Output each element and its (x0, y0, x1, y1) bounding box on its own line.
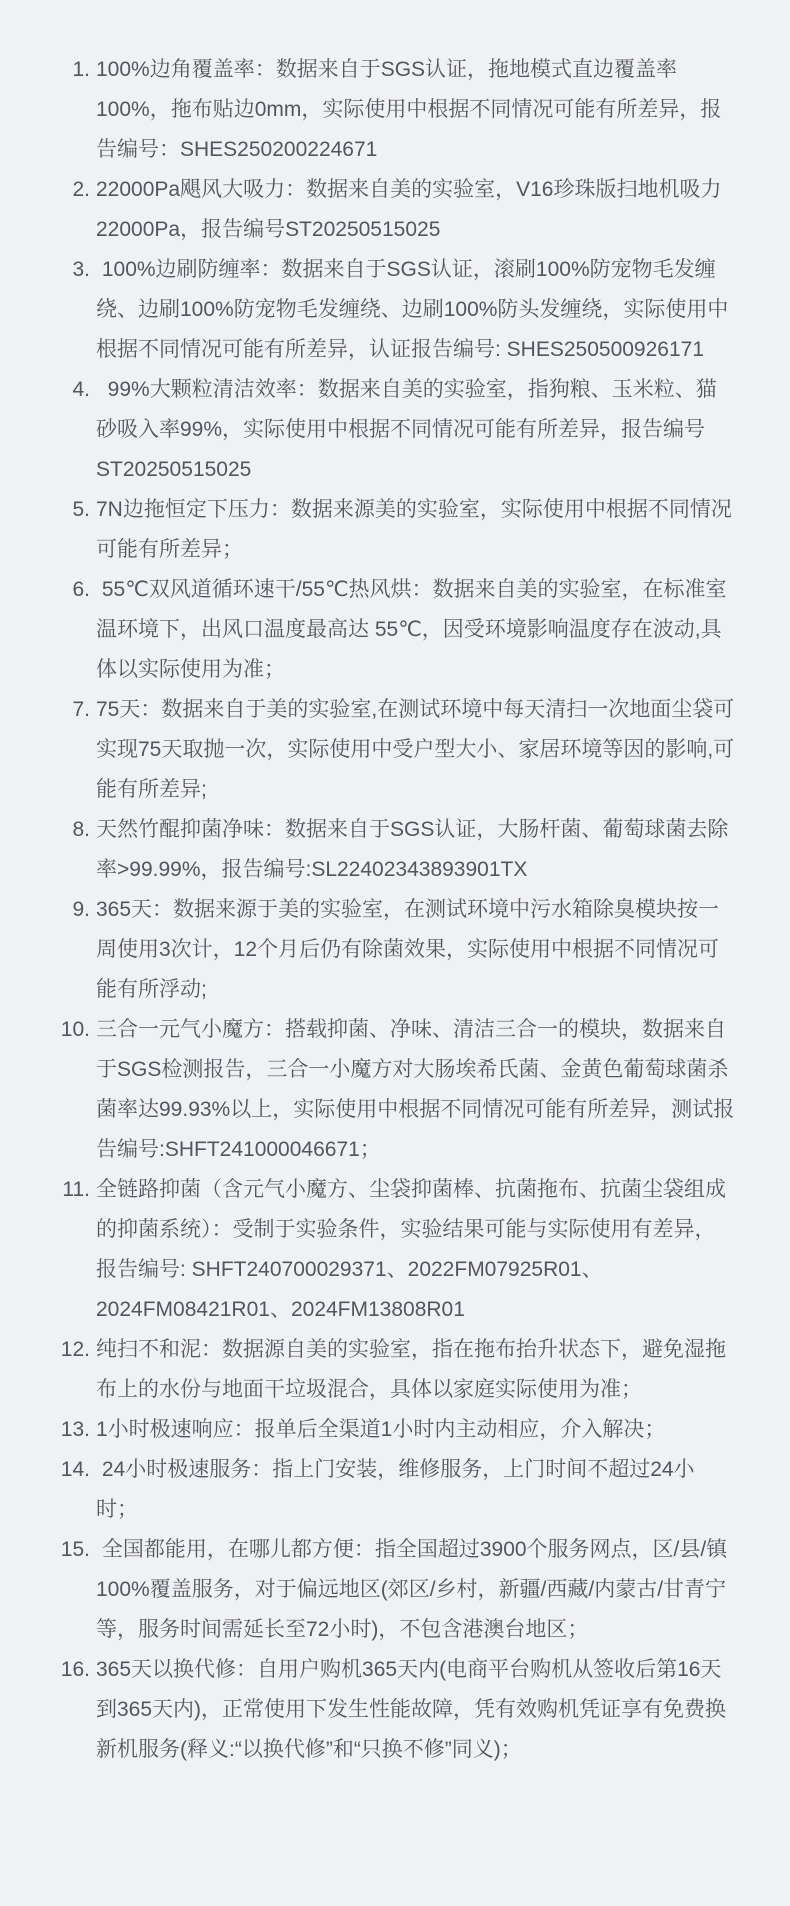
list-item-number: 11. (0, 1170, 96, 1210)
list-item-text: 全链路抑菌（含元气小魔方、尘袋抑菌棒、抗菌拖布、抗菌尘袋组成的抑菌系统）：受制于… (96, 1170, 736, 1330)
list-item-number: 7. (0, 690, 96, 730)
list-item: 4. 99%大颗粒清洁效率：数据来自美的实验室，指狗粮、玉米粒、猫砂吸入率99%… (0, 370, 738, 490)
list-item-text: 100%边刷防缠率：数据来自于SGS认证，滚刷100%防宠物毛发缠绕、边刷100… (96, 250, 736, 370)
list-item-number: 2. (0, 170, 96, 210)
list-item-number: 13. (0, 1410, 96, 1450)
list-item-number: 1. (0, 50, 96, 90)
list-item-text: 75天：数据来自于美的实验室,在测试环境中每天清扫一次地面尘袋可实现75天取抛一… (96, 690, 736, 810)
list-item-number: 6. (0, 570, 96, 610)
list-item: 9. 365天：数据来源于美的实验室，在测试环境中污水箱除臭模块按一周使用3次计… (0, 890, 738, 1010)
disclaimer-list: 1. 100%边角覆盖率：数据来自于SGS认证，拖地模式直边覆盖率100%，拖布… (0, 50, 738, 1770)
disclaimer-page: 1. 100%边角覆盖率：数据来自于SGS认证，拖地模式直边覆盖率100%，拖布… (0, 0, 790, 1906)
list-item: 12. 纯扫不和泥：数据源自美的实验室，指在拖布抬升状态下，避免湿拖布上的水份与… (0, 1330, 738, 1410)
list-item: 10. 三合一元气小魔方：搭载抑菌、净味、清洁三合一的模块，数据来自于SGS检测… (0, 1010, 738, 1170)
list-item-number: 5. (0, 490, 96, 530)
list-item: 7. 75天：数据来自于美的实验室,在测试环境中每天清扫一次地面尘袋可实现75天… (0, 690, 738, 810)
list-item-number: 3. (0, 250, 96, 290)
list-item-text: 365天：数据来源于美的实验室，在测试环境中污水箱除臭模块按一周使用3次计，12… (96, 890, 736, 1010)
list-item-text: 100%边角覆盖率：数据来自于SGS认证，拖地模式直边覆盖率100%，拖布贴边0… (96, 50, 736, 170)
list-item-number: 14. (0, 1450, 96, 1490)
list-item-text: 99%大颗粒清洁效率：数据来自美的实验室，指狗粮、玉米粒、猫砂吸入率99%，实际… (96, 370, 736, 490)
list-item: 15. 全国都能用，在哪儿都方便：指全国超过3900个服务网点，区/县/镇100… (0, 1530, 738, 1650)
list-item: 13. 1小时极速响应：报单后全渠道1小时内主动相应，介入解决； (0, 1410, 738, 1450)
list-item: 1. 100%边角覆盖率：数据来自于SGS认证，拖地模式直边覆盖率100%，拖布… (0, 50, 738, 170)
list-item-text: 55℃双风道循环速干/55℃热风烘：数据来自美的实验室，在标准室温环境下，出风口… (96, 570, 736, 690)
list-item-text: 纯扫不和泥：数据源自美的实验室，指在拖布抬升状态下，避免湿拖布上的水份与地面干垃… (96, 1330, 736, 1410)
list-item: 6. 55℃双风道循环速干/55℃热风烘：数据来自美的实验室，在标准室温环境下，… (0, 570, 738, 690)
list-item-text: 24小时极速服务：指上门安装，维修服务，上门时间不超过24小时； (96, 1450, 736, 1530)
list-item-number: 8. (0, 810, 96, 850)
list-item: 16. 365天以换代修：自用户购机365天内(电商平台购机从签收后第16天到3… (0, 1650, 738, 1770)
list-item-number: 15. (0, 1530, 96, 1570)
list-item: 2. 22000Pa飓风大吸力：数据来自美的实验室，V16珍珠版扫地机吸力220… (0, 170, 738, 250)
list-item-number: 4. (0, 370, 96, 410)
list-item-text: 全国都能用，在哪儿都方便：指全国超过3900个服务网点，区/县/镇100%覆盖服… (96, 1530, 736, 1650)
list-item-text: 1小时极速响应：报单后全渠道1小时内主动相应，介入解决； (96, 1410, 736, 1450)
list-item-text: 三合一元气小魔方：搭载抑菌、净味、清洁三合一的模块，数据来自于SGS检测报告，三… (96, 1010, 736, 1170)
list-item: 14. 24小时极速服务：指上门安装，维修服务，上门时间不超过24小时； (0, 1450, 738, 1530)
list-item-number: 10. (0, 1010, 96, 1050)
list-item-text: 22000Pa飓风大吸力：数据来自美的实验室，V16珍珠版扫地机吸力22000P… (96, 170, 736, 250)
list-item: 8. 天然竹醌抑菌净味：数据来自于SGS认证，大肠杆菌、葡萄球菌去除率>99.9… (0, 810, 738, 890)
list-item: 5. 7N边拖恒定下压力：数据来源美的实验室，实际使用中根据不同情况可能有所差异… (0, 490, 738, 570)
list-item-number: 9. (0, 890, 96, 930)
list-item-number: 16. (0, 1650, 96, 1690)
list-item-text: 365天以换代修：自用户购机365天内(电商平台购机从签收后第16天到365天内… (96, 1650, 736, 1770)
list-item-text: 天然竹醌抑菌净味：数据来自于SGS认证，大肠杆菌、葡萄球菌去除率>99.99%，… (96, 810, 736, 890)
list-item: 11. 全链路抑菌（含元气小魔方、尘袋抑菌棒、抗菌拖布、抗菌尘袋组成的抑菌系统）… (0, 1170, 738, 1330)
list-item: 3. 100%边刷防缠率：数据来自于SGS认证，滚刷100%防宠物毛发缠绕、边刷… (0, 250, 738, 370)
list-item-number: 12. (0, 1330, 96, 1370)
list-item-text: 7N边拖恒定下压力：数据来源美的实验室，实际使用中根据不同情况可能有所差异； (96, 490, 736, 570)
